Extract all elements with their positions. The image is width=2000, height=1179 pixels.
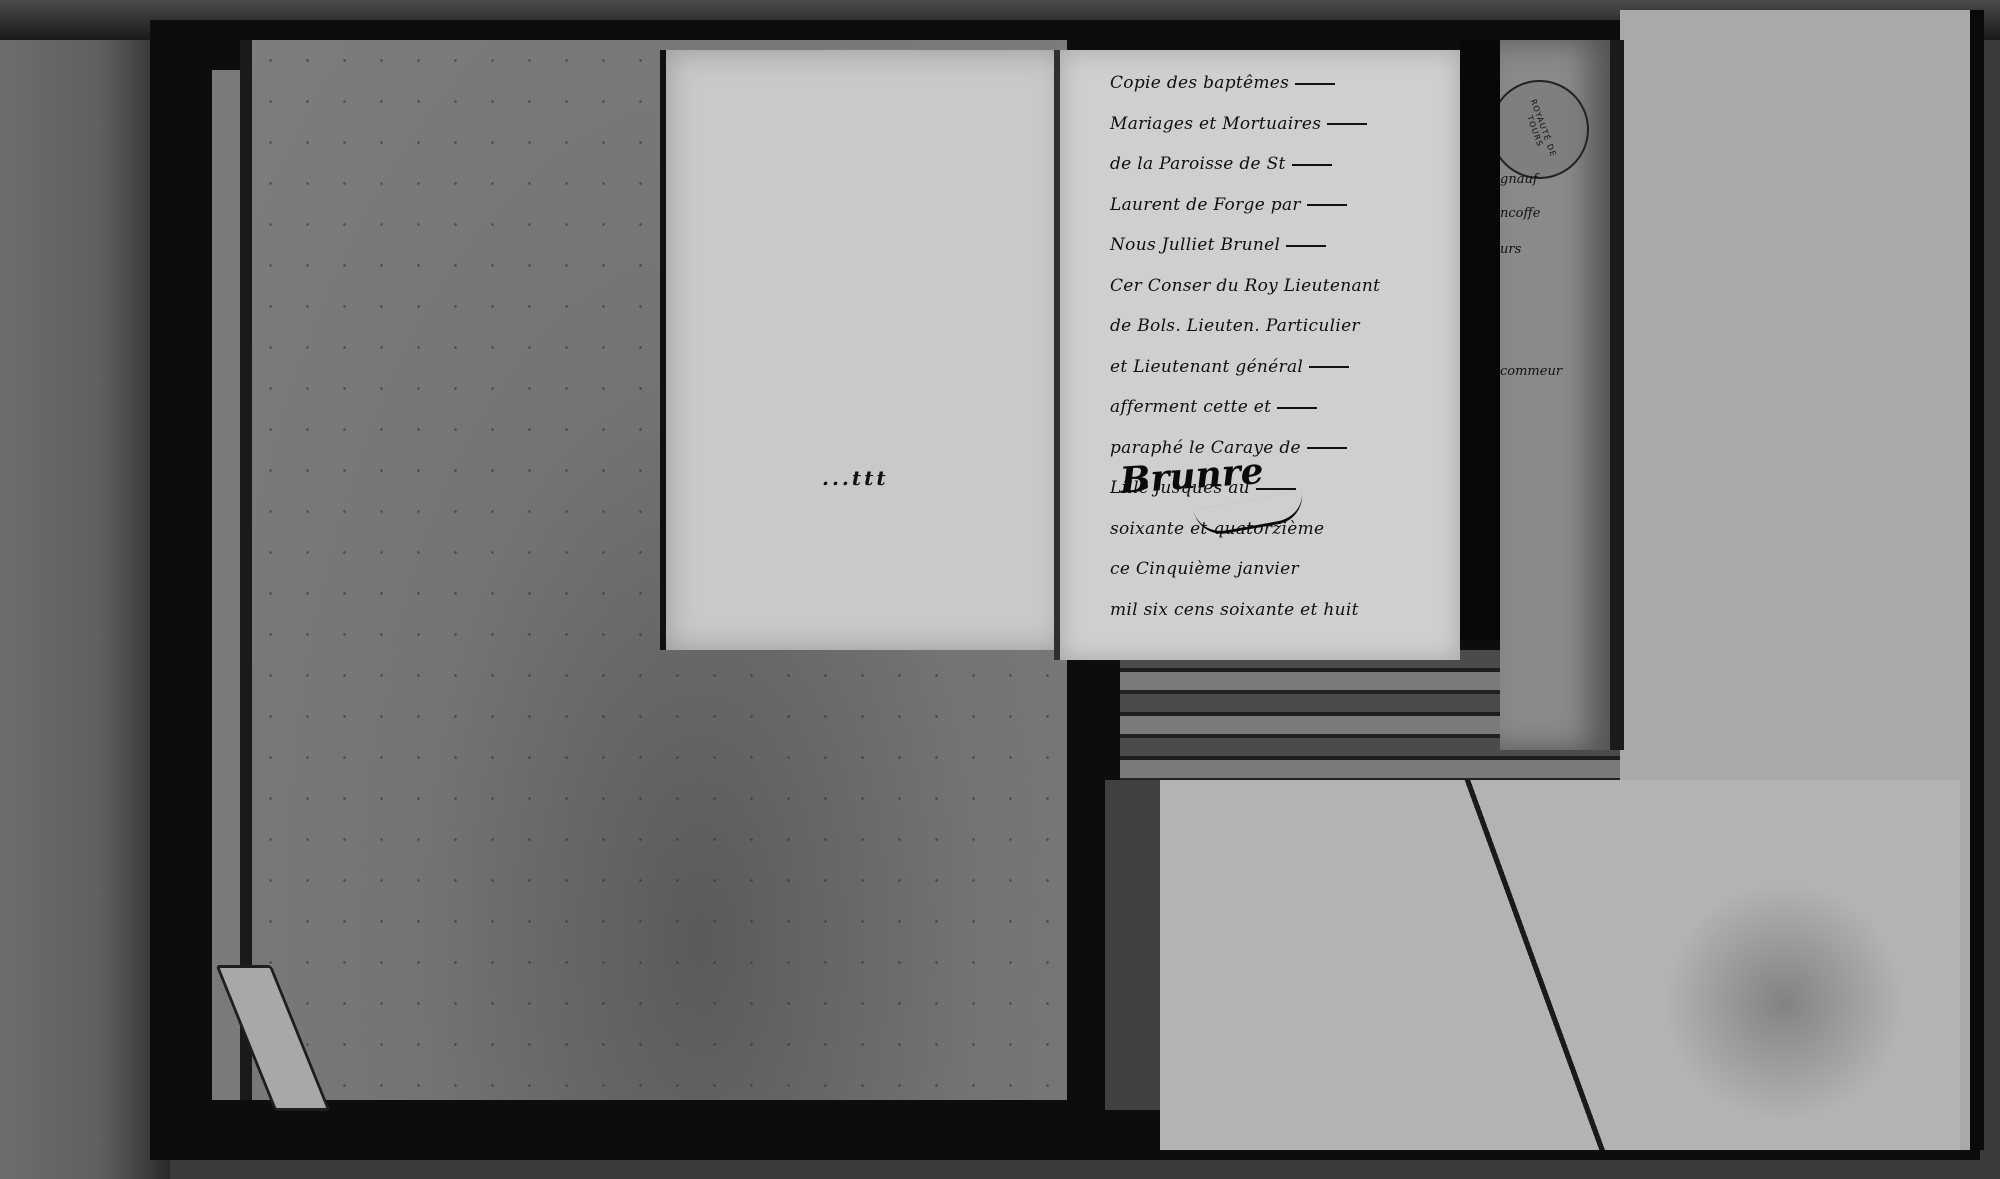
stub-fragment: ncoffe [1500,206,1540,221]
stub-fragment: urs [1500,242,1521,257]
scan-background-left [0,0,170,1179]
text-line: Nous Julliet Brunel [1110,226,1460,267]
text-line: afferment cette et [1110,388,1460,429]
left-page [660,50,1066,650]
handwritten-certification: Copie des baptêmes Mariages et Mortuaire… [1110,64,1460,631]
text-line: Laurent de Forge par [1110,186,1460,227]
text-line: et Lieutenant général [1110,348,1460,389]
bottom-loose-sheet [1160,780,1960,1150]
text-line: mil six cens soixante et huit [1110,591,1460,632]
bottom-sheet-shadow [1105,780,1165,1110]
text-line: de Bols. Lieuten. Particulier [1110,307,1460,348]
text-line: Cer Conser du Roy Lieutenant [1110,267,1460,308]
text-line: de la Paroisse de St [1110,145,1460,186]
stub-fragment: gnauf [1500,172,1538,187]
left-page-mark: ...ttt [822,466,889,490]
book-spine-shadow [1460,40,1500,640]
text-line: ce Cinquième janvier [1110,550,1460,591]
stub-fragment: commeur [1500,364,1562,379]
text-line: Copie des baptêmes [1110,64,1460,105]
text-line: Mariages et Mortuaires [1110,105,1460,146]
